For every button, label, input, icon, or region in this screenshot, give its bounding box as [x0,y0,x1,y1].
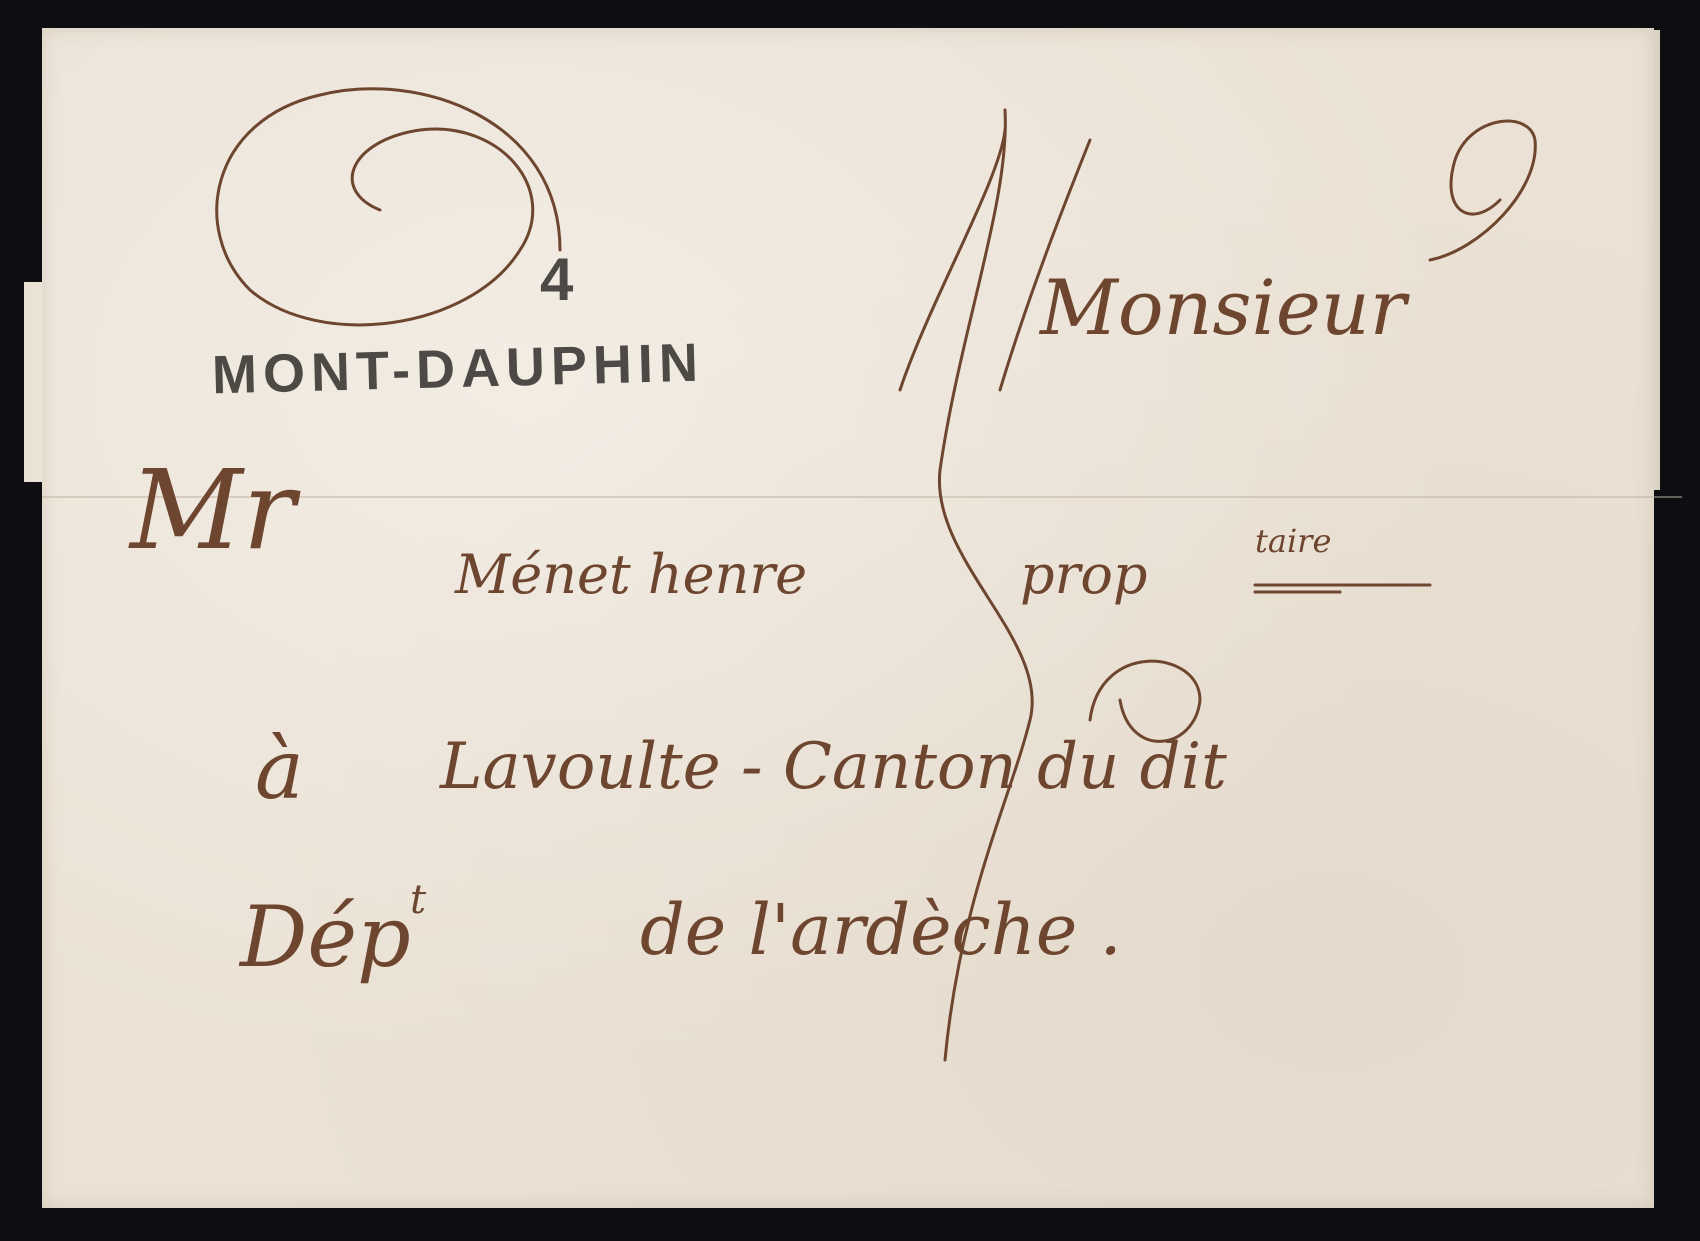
place-line: Lavoulte - Canton du dit [440,735,1227,799]
addressee-occupation: prop [1020,548,1147,602]
addressee-name: Ménet henre [455,548,807,602]
salutation: Monsieur [1040,270,1406,346]
addressee-occupation-superscript: taire [1255,525,1331,557]
postmark-town: MONT-DAUPHIN [211,332,704,407]
place-prefix: à [255,730,304,812]
department-superscript: t [410,880,426,920]
postmark-number: 4 [540,245,579,314]
addressee-title: Mr [130,455,295,565]
folded-letter-paper [42,28,1654,1208]
department-name: de l'ardèche . [640,895,1122,965]
department-abbreviation: Dép [240,895,411,979]
